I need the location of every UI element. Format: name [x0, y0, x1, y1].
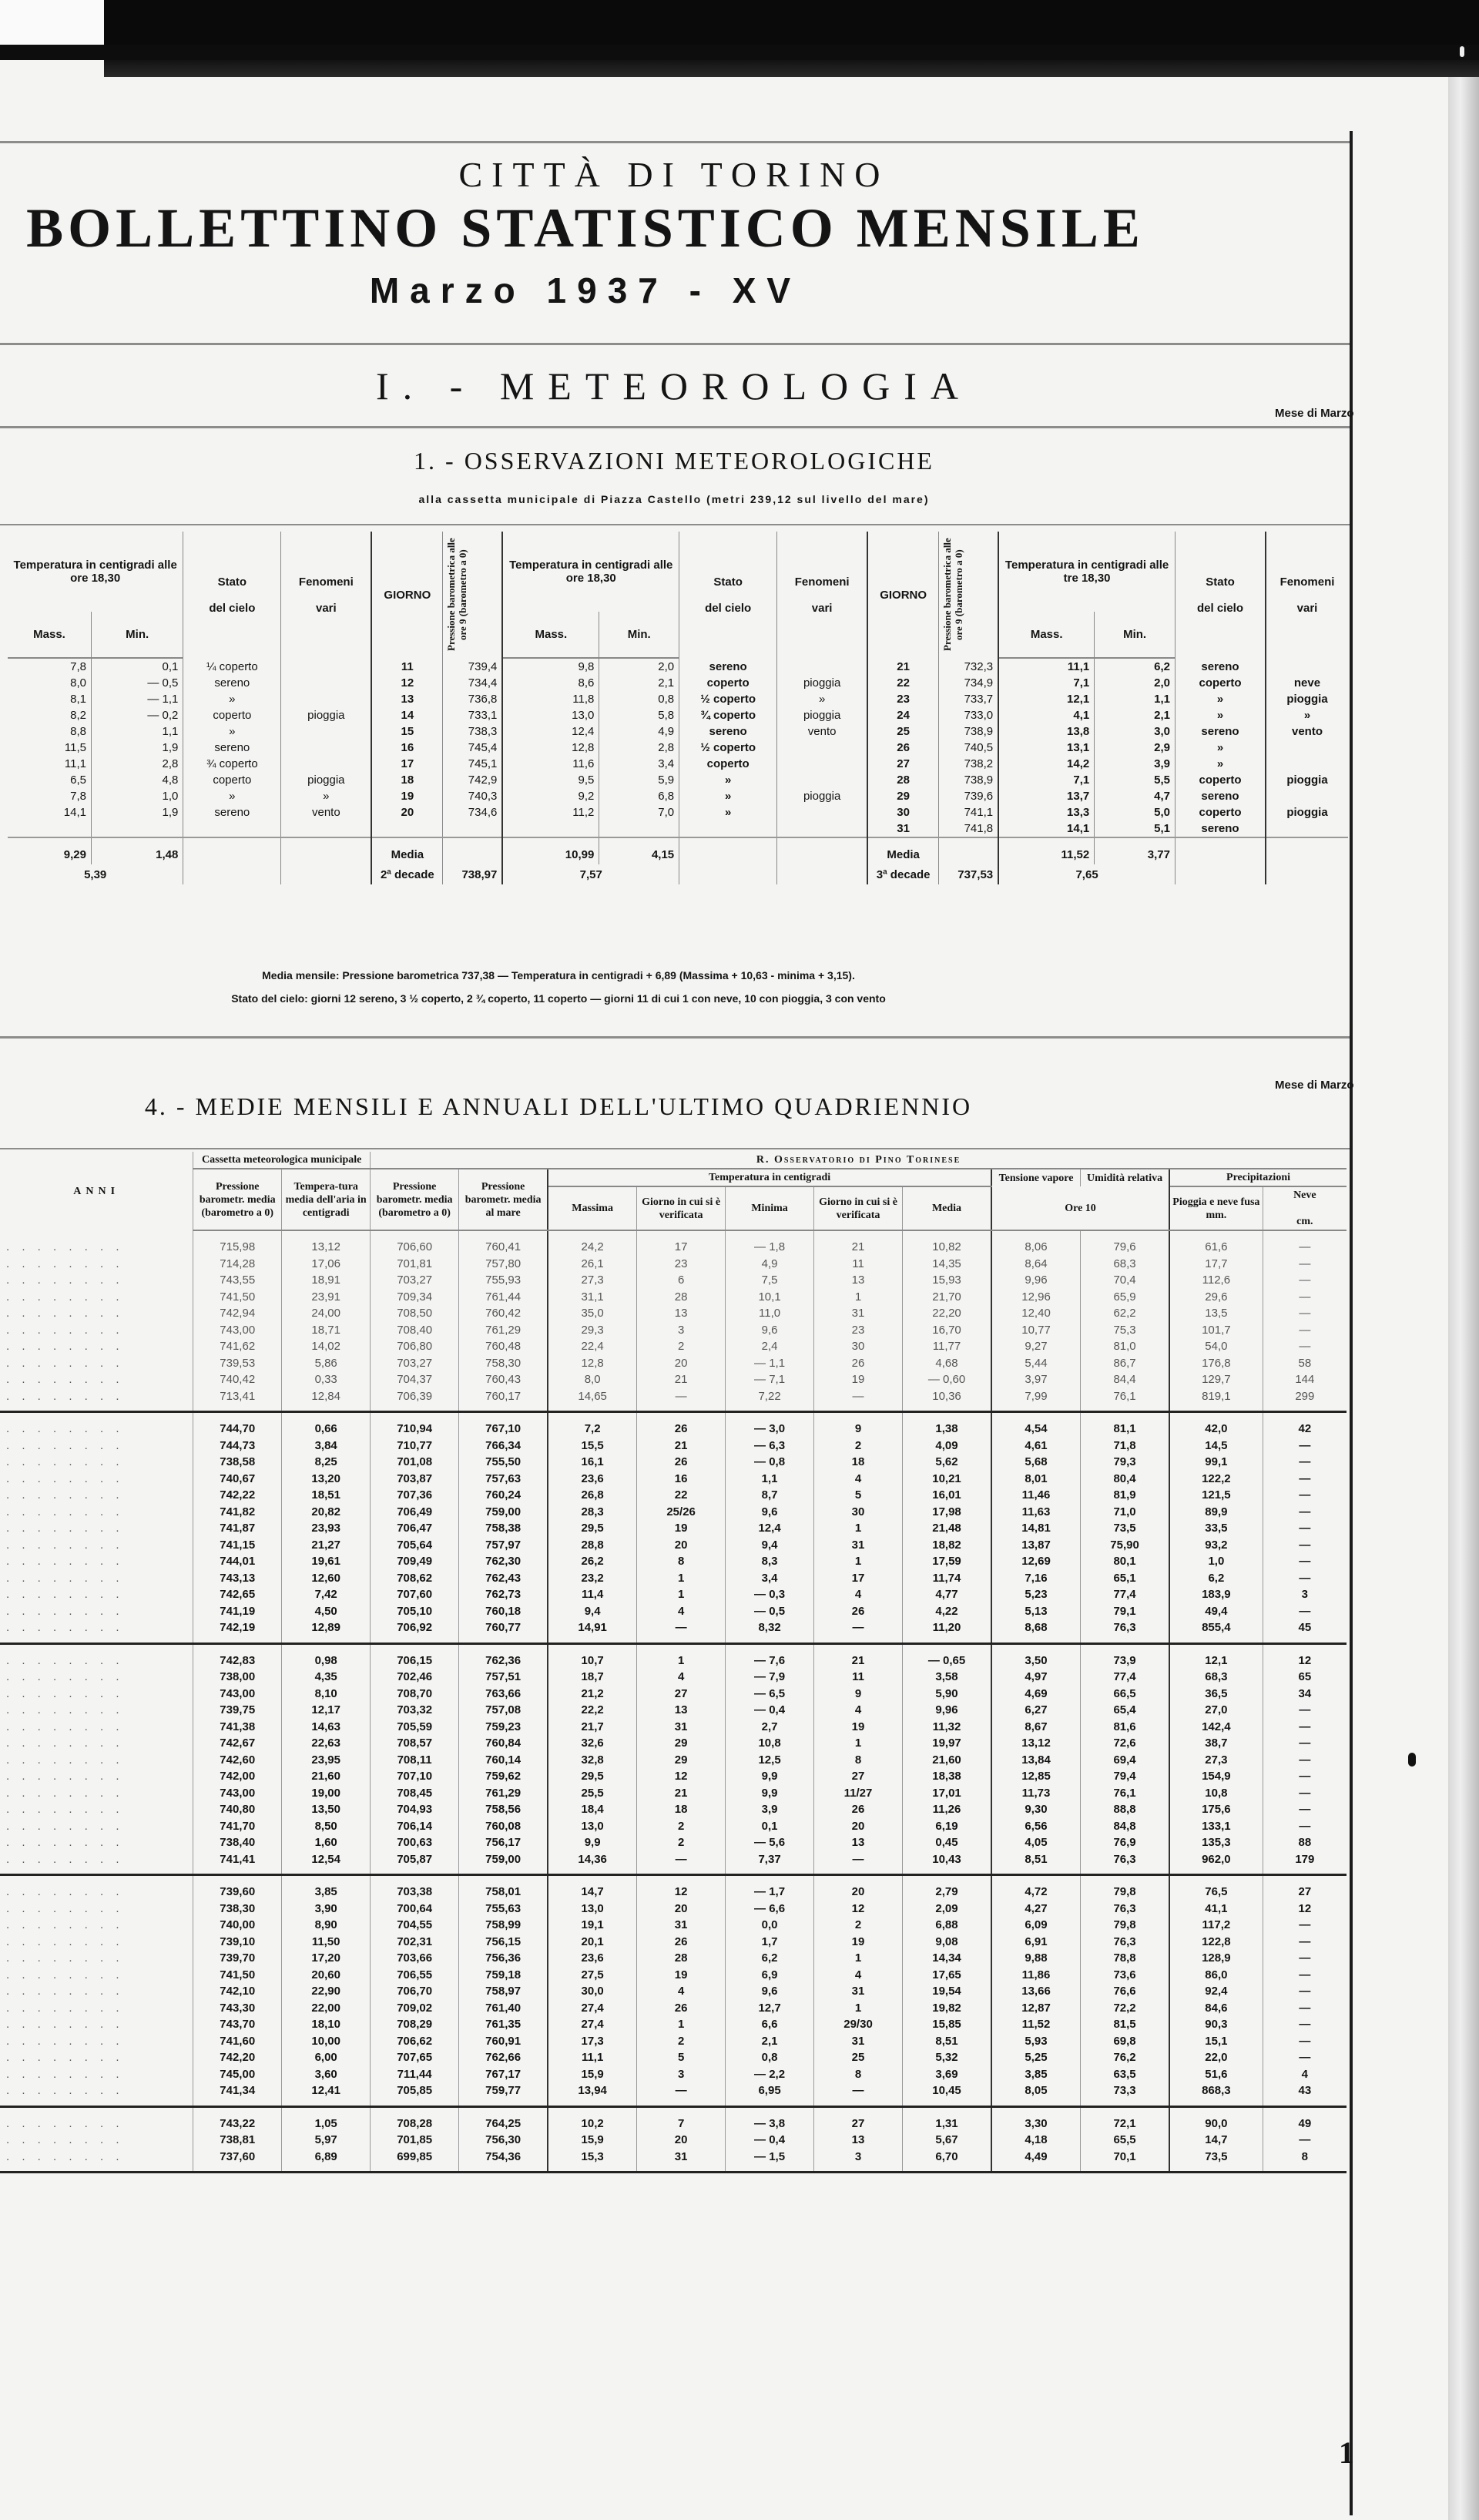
value-cell: 17,59	[903, 1553, 992, 1570]
value-cell: 12,85	[991, 1768, 1081, 1785]
decade3-giorno-cell: 21	[867, 658, 939, 675]
value-cell: 11,1	[548, 2049, 637, 2066]
value-cell: 758,99	[459, 1917, 548, 1934]
value-cell: —	[1263, 2132, 1347, 2149]
value-cell: 8,90	[282, 1917, 371, 1934]
decade2-max-cell: 11,8	[502, 691, 599, 707]
divider	[0, 524, 1350, 525]
summary-cell	[183, 837, 281, 864]
value-cell: 4	[814, 1702, 903, 1719]
table-row: . . . . . . . .742,6722,63708,57760,8432…	[0, 1735, 1347, 1752]
header-osservatorio: R. Osservatorio di Pino Torinese	[371, 1152, 1347, 1169]
decade1-fen-cell: pioggia	[281, 772, 372, 788]
value-cell: 26	[637, 2000, 726, 2017]
value-cell: 739,70	[193, 1950, 282, 1967]
value-cell: 72,6	[1081, 1735, 1170, 1752]
value-cell: 1	[814, 2000, 903, 2017]
decade2-stato-cell: sereno	[679, 658, 777, 675]
value-cell: 1	[814, 1289, 903, 1306]
value-cell: 14,34	[903, 1950, 992, 1967]
value-cell: 738,00	[193, 1669, 282, 1686]
value-cell: 706,70	[371, 1983, 459, 2000]
decade1-min-cell: — 0,5	[91, 675, 183, 691]
value-cell: 766,34	[459, 1438, 548, 1455]
value-cell: —	[1263, 1438, 1347, 1455]
decade1-stato-cell: coperto	[183, 772, 281, 788]
value-cell: —	[1263, 1272, 1347, 1289]
value-cell: 183,9	[1169, 1586, 1263, 1603]
value-cell: 33,5	[1169, 1520, 1263, 1537]
value-cell: 68,3	[1169, 1669, 1263, 1686]
value-cell: 708,70	[371, 1686, 459, 1703]
value-cell: 708,11	[371, 1752, 459, 1769]
summary-cell: 10,99	[502, 837, 599, 864]
table-row: . . . . . . . .742,6023,95708,11760,1432…	[0, 1752, 1347, 1769]
value-cell: 12	[637, 1875, 726, 1901]
header-min-2: Min.	[599, 612, 679, 658]
year-label-cell: . . . . . . . .	[0, 2149, 193, 2173]
value-cell: 706,80	[371, 1338, 459, 1355]
decade2-stato-cell: »	[679, 772, 777, 788]
value-cell: 3,30	[991, 2106, 1081, 2132]
decade2-press-cell: 734,4	[443, 675, 503, 691]
value-cell: 741,15	[193, 1537, 282, 1554]
decade1-max-cell: 7,8	[8, 788, 91, 804]
value-cell: 6,09	[991, 1917, 1081, 1934]
summary-cell: 5,39	[8, 864, 183, 884]
value-cell: 38,7	[1169, 1735, 1263, 1752]
header-fenomeni-3: Fenomenivari	[1266, 532, 1348, 658]
table-row: . . . . . . . .741,4112,54705,87759,0014…	[0, 1851, 1347, 1875]
value-cell: 1	[637, 1570, 726, 1587]
value-cell: 4,50	[282, 1603, 371, 1620]
decade3-press-cell: 733,0	[939, 707, 999, 723]
summary-cell	[183, 864, 281, 884]
value-cell: 3	[814, 2149, 903, 2173]
value-cell: 5,97	[282, 2132, 371, 2149]
year-label-cell: . . . . . . . .	[0, 1520, 193, 1537]
monthly-summary-2: Stato del cielo: giorni 12 sereno, 3 ½ c…	[0, 992, 1117, 1005]
value-cell: 743,55	[193, 1272, 282, 1289]
value-cell: 30	[814, 1338, 903, 1355]
value-cell: 708,45	[371, 1785, 459, 1802]
value-cell: 10,2	[548, 2106, 637, 2132]
year-label-cell: . . . . . . . .	[0, 2132, 193, 2149]
value-cell: 702,31	[371, 1934, 459, 1951]
value-cell: 739,53	[193, 1355, 282, 1372]
table-row: . . . . . . . .743,5518,91703,27755,9327…	[0, 1272, 1347, 1289]
decade2-stato-cell: ½ coperto	[679, 740, 777, 756]
value-cell: 19,61	[282, 1553, 371, 1570]
value-cell: 3,85	[991, 2066, 1081, 2083]
year-label-cell: . . . . . . . .	[0, 1851, 193, 1875]
value-cell: 28	[637, 1950, 726, 1967]
value-cell: —	[1263, 1322, 1347, 1339]
value-cell: 14,81	[991, 1520, 1081, 1537]
value-cell: 4	[814, 1586, 903, 1603]
value-cell: 10,45	[903, 2082, 992, 2106]
value-cell: 705,59	[371, 1719, 459, 1736]
decade2-press-cell: 740,3	[443, 788, 503, 804]
value-cell: 11	[814, 1669, 903, 1686]
value-cell: 12,89	[282, 1619, 371, 1643]
summary-cell	[777, 837, 868, 864]
value-cell: 5	[637, 2049, 726, 2066]
value-cell: 707,36	[371, 1487, 459, 1504]
decade2-min-cell	[599, 820, 679, 837]
value-cell: 63,5	[1081, 2066, 1170, 2083]
value-cell: 13,20	[282, 1471, 371, 1488]
value-cell: 762,66	[459, 2049, 548, 2066]
decade2-giorno-cell: 11	[371, 658, 443, 675]
value-cell: 741,19	[193, 1603, 282, 1620]
table-row: . . . . . . . .737,606,89699,85754,3615,…	[0, 2149, 1347, 2173]
value-cell: 81,9	[1081, 1487, 1170, 1504]
value-cell: 9,4	[548, 1603, 637, 1620]
value-cell: 15,85	[903, 2016, 992, 2033]
value-cell: 25	[814, 2049, 903, 2066]
decade3-giorno-cell: 23	[867, 691, 939, 707]
city-heading: CITTÀ DI TORINO	[0, 154, 1348, 195]
value-cell: 5,68	[991, 1454, 1081, 1471]
value-cell: 5,90	[903, 1686, 992, 1703]
decade2-min-cell: 2,8	[599, 740, 679, 756]
value-cell: 29,6	[1169, 1289, 1263, 1306]
year-label-cell: . . . . . . . .	[0, 1412, 193, 1438]
value-cell: 20,60	[282, 1967, 371, 1984]
value-cell: 6,6	[726, 2016, 814, 2033]
decade2-press-cell: 739,4	[443, 658, 503, 675]
value-cell: —	[637, 1388, 726, 1412]
value-cell: 22,63	[282, 1735, 371, 1752]
decade2-stato-cell	[679, 820, 777, 837]
value-cell: 706,62	[371, 2033, 459, 2050]
value-cell: 11,4	[548, 1586, 637, 1603]
year-label-cell: . . . . . . . .	[0, 1586, 193, 1603]
value-cell: 93,2	[1169, 1537, 1263, 1554]
year-label-cell: . . . . . . . .	[0, 1256, 193, 1273]
value-cell: —	[1263, 1570, 1347, 1587]
value-cell: 9,6	[726, 1983, 814, 2000]
value-cell: 760,24	[459, 1487, 548, 1504]
table-row: . . . . . . . .741,5023,91709,34761,4431…	[0, 1289, 1347, 1306]
value-cell: 4,22	[903, 1603, 992, 1620]
decade2-press-cell: 736,8	[443, 691, 503, 707]
value-cell: 704,37	[371, 1371, 459, 1388]
value-cell: 3,90	[282, 1901, 371, 1918]
table-row: 11,12,8¾ coperto17745,111,63,4coperto277…	[8, 756, 1348, 772]
value-cell: 179	[1263, 1851, 1347, 1875]
bulletin-month: Marzo 1937 - XV	[0, 270, 1171, 311]
header-giorno: GIORNO	[371, 532, 443, 658]
value-cell: 4	[814, 1471, 903, 1488]
decade2-min-cell: 3,4	[599, 756, 679, 772]
value-cell: 26	[814, 1801, 903, 1818]
value-cell: 43	[1263, 2082, 1347, 2106]
value-cell: 26,1	[548, 1256, 637, 1273]
value-cell: 51,6	[1169, 2066, 1263, 2083]
value-cell: 12,7	[726, 2000, 814, 2017]
value-cell: 705,10	[371, 1603, 459, 1620]
value-cell: 0,66	[282, 1412, 371, 1438]
value-cell: 121,5	[1169, 1487, 1263, 1504]
decade1-max-cell: 11,1	[8, 756, 91, 772]
header-minima: Minima	[726, 1186, 814, 1230]
value-cell: 11	[814, 1256, 903, 1273]
value-cell: 122,8	[1169, 1934, 1263, 1951]
decade1-stato-cell: ¾ coperto	[183, 756, 281, 772]
value-cell: —	[1263, 1454, 1347, 1471]
value-cell: 13	[814, 2132, 903, 2149]
value-cell: 76,5	[1169, 1875, 1263, 1901]
value-cell: 12	[1263, 1643, 1347, 1669]
decade2-press-cell	[443, 820, 503, 837]
year-label-cell: . . . . . . . .	[0, 1355, 193, 1372]
summary-cell	[281, 864, 372, 884]
value-cell: 5,62	[903, 1454, 992, 1471]
value-cell: 703,87	[371, 1471, 459, 1488]
table-row: 8,0— 0,5sereno12734,48,62,1copertopioggi…	[8, 675, 1348, 691]
decade3-giorno-cell: 29	[867, 788, 939, 804]
table-row: . . . . . . . .743,3022,00709,02761,4027…	[0, 2000, 1347, 2017]
value-cell: 21,60	[903, 1752, 992, 1769]
value-cell: 703,66	[371, 1950, 459, 1967]
table-row: 8,1— 1,1»13736,811,80,8½ coperto»23733,7…	[8, 691, 1348, 707]
header-mass: Mass.	[8, 612, 91, 658]
value-cell: 9,9	[726, 1785, 814, 1802]
value-cell: 704,55	[371, 1917, 459, 1934]
year-label-cell: . . . . . . . .	[0, 1686, 193, 1703]
value-cell: —	[814, 1619, 903, 1643]
value-cell: 11,73	[991, 1785, 1081, 1802]
value-cell: 741,50	[193, 1289, 282, 1306]
table4-title: 4. - MEDIE MENSILI E ANNUALI DELL'ULTIMO…	[0, 1092, 1117, 1121]
decade2-min-cell: 2,1	[599, 675, 679, 691]
value-cell: 22,0	[1169, 2049, 1263, 2066]
value-cell: 12,1	[1169, 1643, 1263, 1669]
value-cell: 7,2	[548, 1412, 637, 1438]
decade2-stato-cell: coperto	[679, 756, 777, 772]
value-cell: 81,5	[1081, 2016, 1170, 2033]
value-cell: 11,46	[991, 1487, 1081, 1504]
value-cell: 23,91	[282, 1289, 371, 1306]
value-cell: 112,6	[1169, 1272, 1263, 1289]
summary-cell: 737,53	[939, 864, 999, 884]
decade2-fen-cell	[777, 804, 868, 820]
value-cell: 17,01	[903, 1785, 992, 1802]
table-row: . . . . . . . .741,3412,41705,85759,7713…	[0, 2082, 1347, 2106]
value-cell: 65	[1263, 1669, 1347, 1686]
value-cell: 22	[637, 1487, 726, 1504]
value-cell: 8,32	[726, 1619, 814, 1643]
decade1-stato-cell: sereno	[183, 675, 281, 691]
value-cell: —	[1263, 1785, 1347, 1802]
value-cell: 744,01	[193, 1553, 282, 1570]
value-cell: 758,01	[459, 1875, 548, 1901]
value-cell: 26,2	[548, 1553, 637, 1570]
value-cell: 27	[814, 2106, 903, 2132]
value-cell: 2	[637, 2033, 726, 2050]
value-cell: 17,98	[903, 1504, 992, 1521]
value-cell: 4,09	[903, 1438, 992, 1455]
decade3-fen-cell	[1266, 788, 1348, 804]
decade3-giorno-cell: 30	[867, 804, 939, 820]
value-cell: 714,28	[193, 1256, 282, 1273]
value-cell: 742,10	[193, 1983, 282, 2000]
value-cell: 740,42	[193, 1371, 282, 1388]
decade1-fen-cell	[281, 675, 372, 691]
decade3-stato-cell: »	[1175, 740, 1266, 756]
summary-cell: 9,29	[8, 837, 91, 864]
header-massima: Massima	[548, 1186, 637, 1230]
decade3-min-cell: 6,2	[1095, 658, 1175, 675]
bulletin-title: BOLLETTINO STATISTICO MENSILE	[0, 196, 1171, 260]
decade2-min-cell: 2,0	[599, 658, 679, 675]
value-cell: 1	[814, 1520, 903, 1537]
value-cell: 9,96	[903, 1702, 992, 1719]
value-cell: 11,50	[282, 1934, 371, 1951]
decade1-fen-cell	[281, 740, 372, 756]
decade2-giorno-cell: 18	[371, 772, 443, 788]
page-number: 1	[1339, 2434, 1354, 2471]
value-cell: 79,1	[1081, 1603, 1170, 1620]
value-cell: 743,30	[193, 2000, 282, 2017]
value-cell: 739,60	[193, 1875, 282, 1901]
table-row: . . . . . . . .741,1521,27705,64757,9728…	[0, 1537, 1347, 1554]
header-tensione: Tensione vapore	[991, 1169, 1081, 1186]
value-cell: 700,63	[371, 1834, 459, 1851]
decade3-max-cell: 11,1	[998, 658, 1095, 675]
summary-cell: 11,52	[998, 837, 1095, 864]
value-cell: 79,3	[1081, 1454, 1170, 1471]
value-cell: 20	[814, 1875, 903, 1901]
value-cell: —	[1263, 1256, 1347, 1273]
value-cell: 19	[637, 1520, 726, 1537]
value-cell: 4,54	[991, 1412, 1081, 1438]
decade2-giorno-cell: 13	[371, 691, 443, 707]
section-title: I. - METEOROLOGIA	[0, 364, 1348, 408]
scan-artifact	[1460, 46, 1464, 57]
value-cell: 708,57	[371, 1735, 459, 1752]
decade1-stato-cell: »	[183, 788, 281, 804]
value-cell: 9,30	[991, 1801, 1081, 1818]
decade1-min-cell: 1,9	[91, 740, 183, 756]
value-cell: 6,91	[991, 1934, 1081, 1951]
value-cell: 740,67	[193, 1471, 282, 1488]
year-label-cell: . . . . . . . .	[0, 1950, 193, 1967]
value-cell: 5,13	[991, 1603, 1081, 1620]
value-cell: 54,0	[1169, 1338, 1263, 1355]
value-cell: 4	[637, 1669, 726, 1686]
decade3-min-cell: 2,1	[1095, 707, 1175, 723]
value-cell: 756,15	[459, 1934, 548, 1951]
value-cell: 762,43	[459, 1570, 548, 1587]
value-cell: 18,10	[282, 2016, 371, 2033]
value-cell: 742,22	[193, 1487, 282, 1504]
value-cell: 30,0	[548, 1983, 637, 2000]
value-cell: 154,9	[1169, 1768, 1263, 1785]
header-temperatura-2: Temperatura in centigradi alle ore 18,30	[502, 532, 679, 612]
year-label-cell: . . . . . . . .	[0, 1702, 193, 1719]
value-cell: 759,62	[459, 1768, 548, 1785]
value-cell: — 0,65	[903, 1643, 992, 1669]
year-label-cell: . . . . . . . .	[0, 1619, 193, 1643]
summary-cell: 1,48	[91, 837, 183, 864]
value-cell: 2,4	[726, 1338, 814, 1355]
value-cell: 11,20	[903, 1619, 992, 1643]
header-fenomeni: Fenomenivari	[281, 532, 372, 658]
value-cell: 705,64	[371, 1537, 459, 1554]
decade1-stato-cell: sereno	[183, 804, 281, 820]
table-row: . . . . . . . .738,588,25701,08755,5016,…	[0, 1454, 1347, 1471]
value-cell: 13,0	[548, 1901, 637, 1918]
table-row: . . . . . . . .739,535,86703,27758,3012,…	[0, 1355, 1347, 1372]
decade1-fen-cell	[281, 756, 372, 772]
table-row: . . . . . . . .743,1312,60708,62762,4323…	[0, 1570, 1347, 1587]
summary-cell	[939, 837, 999, 864]
value-cell: 4	[637, 1983, 726, 2000]
value-cell: 76,3	[1081, 1619, 1170, 1643]
year-label-cell: . . . . . . . .	[0, 1917, 193, 1934]
value-cell: 6,95	[726, 2082, 814, 2106]
value-cell: 759,00	[459, 1851, 548, 1875]
table-row: . . . . . . . .742,657,42707,60762,7311,…	[0, 1586, 1347, 1603]
value-cell: 12,69	[991, 1553, 1081, 1570]
value-cell: 23,93	[282, 1520, 371, 1537]
value-cell: 8,05	[991, 2082, 1081, 2106]
value-cell: 9,9	[726, 1768, 814, 1785]
value-cell: 22,00	[282, 2000, 371, 2017]
summary-cell	[443, 837, 503, 864]
value-cell: 22,20	[903, 1305, 992, 1322]
value-cell: 90,0	[1169, 2106, 1263, 2132]
value-cell: 10,1	[726, 1289, 814, 1306]
value-cell: 2,1	[726, 2033, 814, 2050]
value-cell: —	[1263, 2033, 1347, 2050]
value-cell: 14,7	[548, 1875, 637, 1901]
value-cell: 756,30	[459, 2132, 548, 2149]
divider	[0, 426, 1350, 428]
value-cell: 92,4	[1169, 1983, 1263, 2000]
value-cell: 8,10	[282, 1686, 371, 1703]
decade2-min-cell: 5,8	[599, 707, 679, 723]
header-min: Min.	[91, 612, 183, 658]
value-cell: 16,01	[903, 1487, 992, 1504]
value-cell: 18	[637, 1801, 726, 1818]
value-cell: 6,9	[726, 1967, 814, 1984]
header-mass-3: Mass.	[998, 612, 1095, 658]
value-cell: 20,1	[548, 1934, 637, 1951]
summary-cell	[281, 837, 372, 864]
value-cell: 705,87	[371, 1851, 459, 1875]
decade3-min-cell: 1,1	[1095, 691, 1175, 707]
value-cell: 73,6	[1081, 1967, 1170, 1984]
value-cell: 738,40	[193, 1834, 282, 1851]
value-cell: 14,36	[548, 1851, 637, 1875]
value-cell: 4,77	[903, 1586, 992, 1603]
table-row: . . . . . . . .740,008,90704,55758,9919,…	[0, 1917, 1347, 1934]
header-temperatura-3: Temperatura in centigradi alle tre 18,30	[998, 532, 1175, 612]
value-cell: 8,25	[282, 1454, 371, 1471]
value-cell: —	[1263, 1950, 1347, 1967]
table-row: . . . . . . . .741,708,50706,14760,0813,…	[0, 1818, 1347, 1835]
value-cell: 27,0	[1169, 1702, 1263, 1719]
value-cell: 28,8	[548, 1537, 637, 1554]
decade3-fen-cell: vento	[1266, 723, 1348, 740]
header-neve: Nevecm.	[1263, 1186, 1347, 1230]
summary-cell	[1175, 864, 1266, 884]
value-cell: 19,54	[903, 1983, 992, 2000]
